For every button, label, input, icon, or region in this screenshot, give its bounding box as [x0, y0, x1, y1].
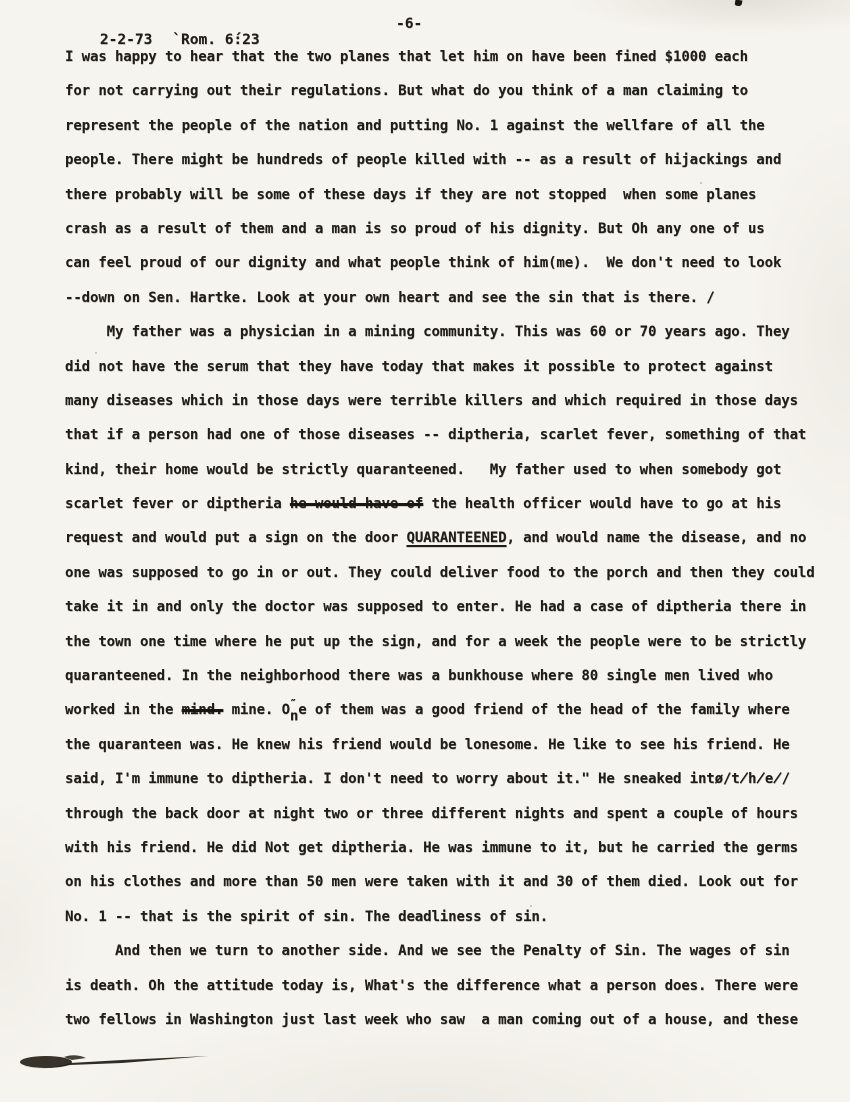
text-segment: said, I'm immune to diptheria. I don't n…	[65, 771, 790, 787]
typed-line: the quaranteen was. He knew his friend w…	[65, 728, 840, 762]
text-segment: request and would put a sign on the door	[65, 530, 406, 546]
typed-line: that if a person had one of those diseas…	[65, 418, 840, 452]
typed-line: scarlet fever or diptheria he would have…	[65, 487, 840, 521]
text-segment: QUARANTEENED	[406, 530, 506, 546]
typed-line: people. There might be hundreds of peopl…	[65, 143, 840, 177]
scan-speck	[700, 182, 702, 184]
typed-line: through the back door at night two or th…	[65, 797, 840, 831]
scan-speck	[163, 128, 166, 130]
text-segment: with his friend. He did Not get diptheri…	[65, 840, 798, 856]
typed-line: represent the people of the nation and p…	[65, 109, 840, 143]
text-segment: there probably will be some of these day…	[65, 187, 756, 203]
text-segment: mind.	[182, 702, 224, 718]
typed-line: quaranteened. In the neighborhood there …	[65, 659, 840, 693]
typed-line: kind, their home would be strictly quara…	[65, 453, 840, 487]
typed-line: said, I'm immune to diptheria. I don't n…	[65, 762, 840, 796]
typed-line: there probably will be some of these day…	[65, 178, 840, 212]
text-segment: kind, their home would be strictly quara…	[65, 462, 781, 478]
typed-line: worked in the mind. mine. O″ne of them w…	[65, 693, 840, 727]
text-segment: I was happy to hear that the two planes …	[65, 49, 748, 65]
text-segment: on his clothes and more than 50 men were…	[65, 874, 798, 890]
text-segment: crash as a result of them and a man is s…	[65, 221, 765, 237]
typed-line: many diseases which in those days were t…	[65, 384, 840, 418]
document-page: 2-2-73`Rom. 6́:23 -6- I was happy to hea…	[0, 0, 850, 1102]
typed-line: for not carrying out their regulations. …	[65, 74, 840, 108]
typed-line: request and would put a sign on the door…	[65, 521, 840, 555]
page-number: -6-	[396, 16, 422, 32]
typed-line: is death. Oh the attitude today is, What…	[65, 969, 840, 1003]
typed-line: can feel proud of our dignity and what p…	[65, 246, 840, 280]
paragraph: And then we turn to another side. And we…	[65, 934, 840, 1037]
typed-line: did not have the serum that they have to…	[65, 350, 840, 384]
scan-speck	[95, 352, 97, 354]
text-segment: people. There might be hundreds of peopl…	[65, 152, 781, 168]
typed-line: the town one time where he put up the si…	[65, 625, 840, 659]
text-segment: the health officer would have to go at h…	[423, 496, 781, 512]
typed-line: My father was a physician in a mining co…	[65, 315, 840, 349]
typed-line: one was supposed to go in or out. They c…	[65, 556, 840, 590]
text-segment: through the back door at night two or th…	[65, 806, 798, 822]
text-segment: worked in the	[65, 702, 182, 718]
typed-line: with his friend. He did Not get diptheri…	[65, 831, 840, 865]
text-segment: , and would name the disease, and no	[506, 530, 806, 546]
text-segment: can feel proud of our dignity and what p…	[65, 255, 781, 271]
text-segment: two fellows in Washington just last week…	[65, 1012, 798, 1028]
typed-line: --down on Sen. Hartke. Look at your own …	[65, 281, 840, 315]
text-segment: scarlet fever or diptheria	[65, 496, 290, 512]
text-segment: the quaranteen was. He knew his friend w…	[65, 737, 790, 753]
text-segment: My father was a physician in a mining co…	[65, 324, 790, 340]
typed-line: crash as a result of them and a man is s…	[65, 212, 840, 246]
typed-line: two fellows in Washington just last week…	[65, 1003, 840, 1037]
typed-body: I was happy to hear that the two planes …	[65, 40, 840, 1037]
paragraph: My father was a physician in a mining co…	[65, 315, 840, 934]
typed-line: No. 1 -- that is the spirit of sin. The …	[65, 900, 840, 934]
text-segment: --down on Sen. Hartke. Look at your own …	[65, 290, 715, 306]
typed-line: I was happy to hear that the two planes …	[65, 40, 840, 74]
text-segment: take it in and only the doctor was suppo…	[65, 599, 806, 615]
text-segment: he would have of	[290, 496, 423, 512]
typed-line: And then we turn to another side. And we…	[65, 934, 840, 968]
scan-speck	[420, 468, 423, 470]
typed-line: on his clothes and more than 50 men were…	[65, 865, 840, 899]
text-segment: No. 1 -- that is the spirit of sin. The …	[65, 909, 548, 925]
text-segment: many diseases which in those days were t…	[65, 393, 798, 409]
text-segment: did not have the serum that they have to…	[65, 359, 773, 375]
scan-speck	[726, 842, 729, 844]
text-segment: n	[290, 700, 298, 734]
scan-artifact-tick	[735, 0, 743, 7]
text-segment: e of them was a good friend of the head …	[298, 702, 789, 718]
text-segment: is death. Oh the attitude today is, What…	[65, 978, 798, 994]
text-segment: that if a person had one of those diseas…	[65, 427, 806, 443]
scan-speck	[530, 905, 532, 907]
text-segment: for not carrying out their regulations. …	[65, 83, 748, 99]
paragraph: I was happy to hear that the two planes …	[65, 40, 840, 315]
text-segment: mine. O	[223, 702, 290, 718]
text-segment: quaranteened. In the neighborhood there …	[65, 668, 773, 684]
text-segment: represent the people of the nation and p…	[65, 118, 765, 134]
typed-line: take it in and only the doctor was suppo…	[65, 590, 840, 624]
ink-scribble	[12, 1046, 222, 1076]
text-segment: the town one time where he put up the si…	[65, 634, 806, 650]
text-segment: And then we turn to another side. And we…	[65, 943, 790, 959]
text-segment: one was supposed to go in or out. They c…	[65, 565, 815, 581]
